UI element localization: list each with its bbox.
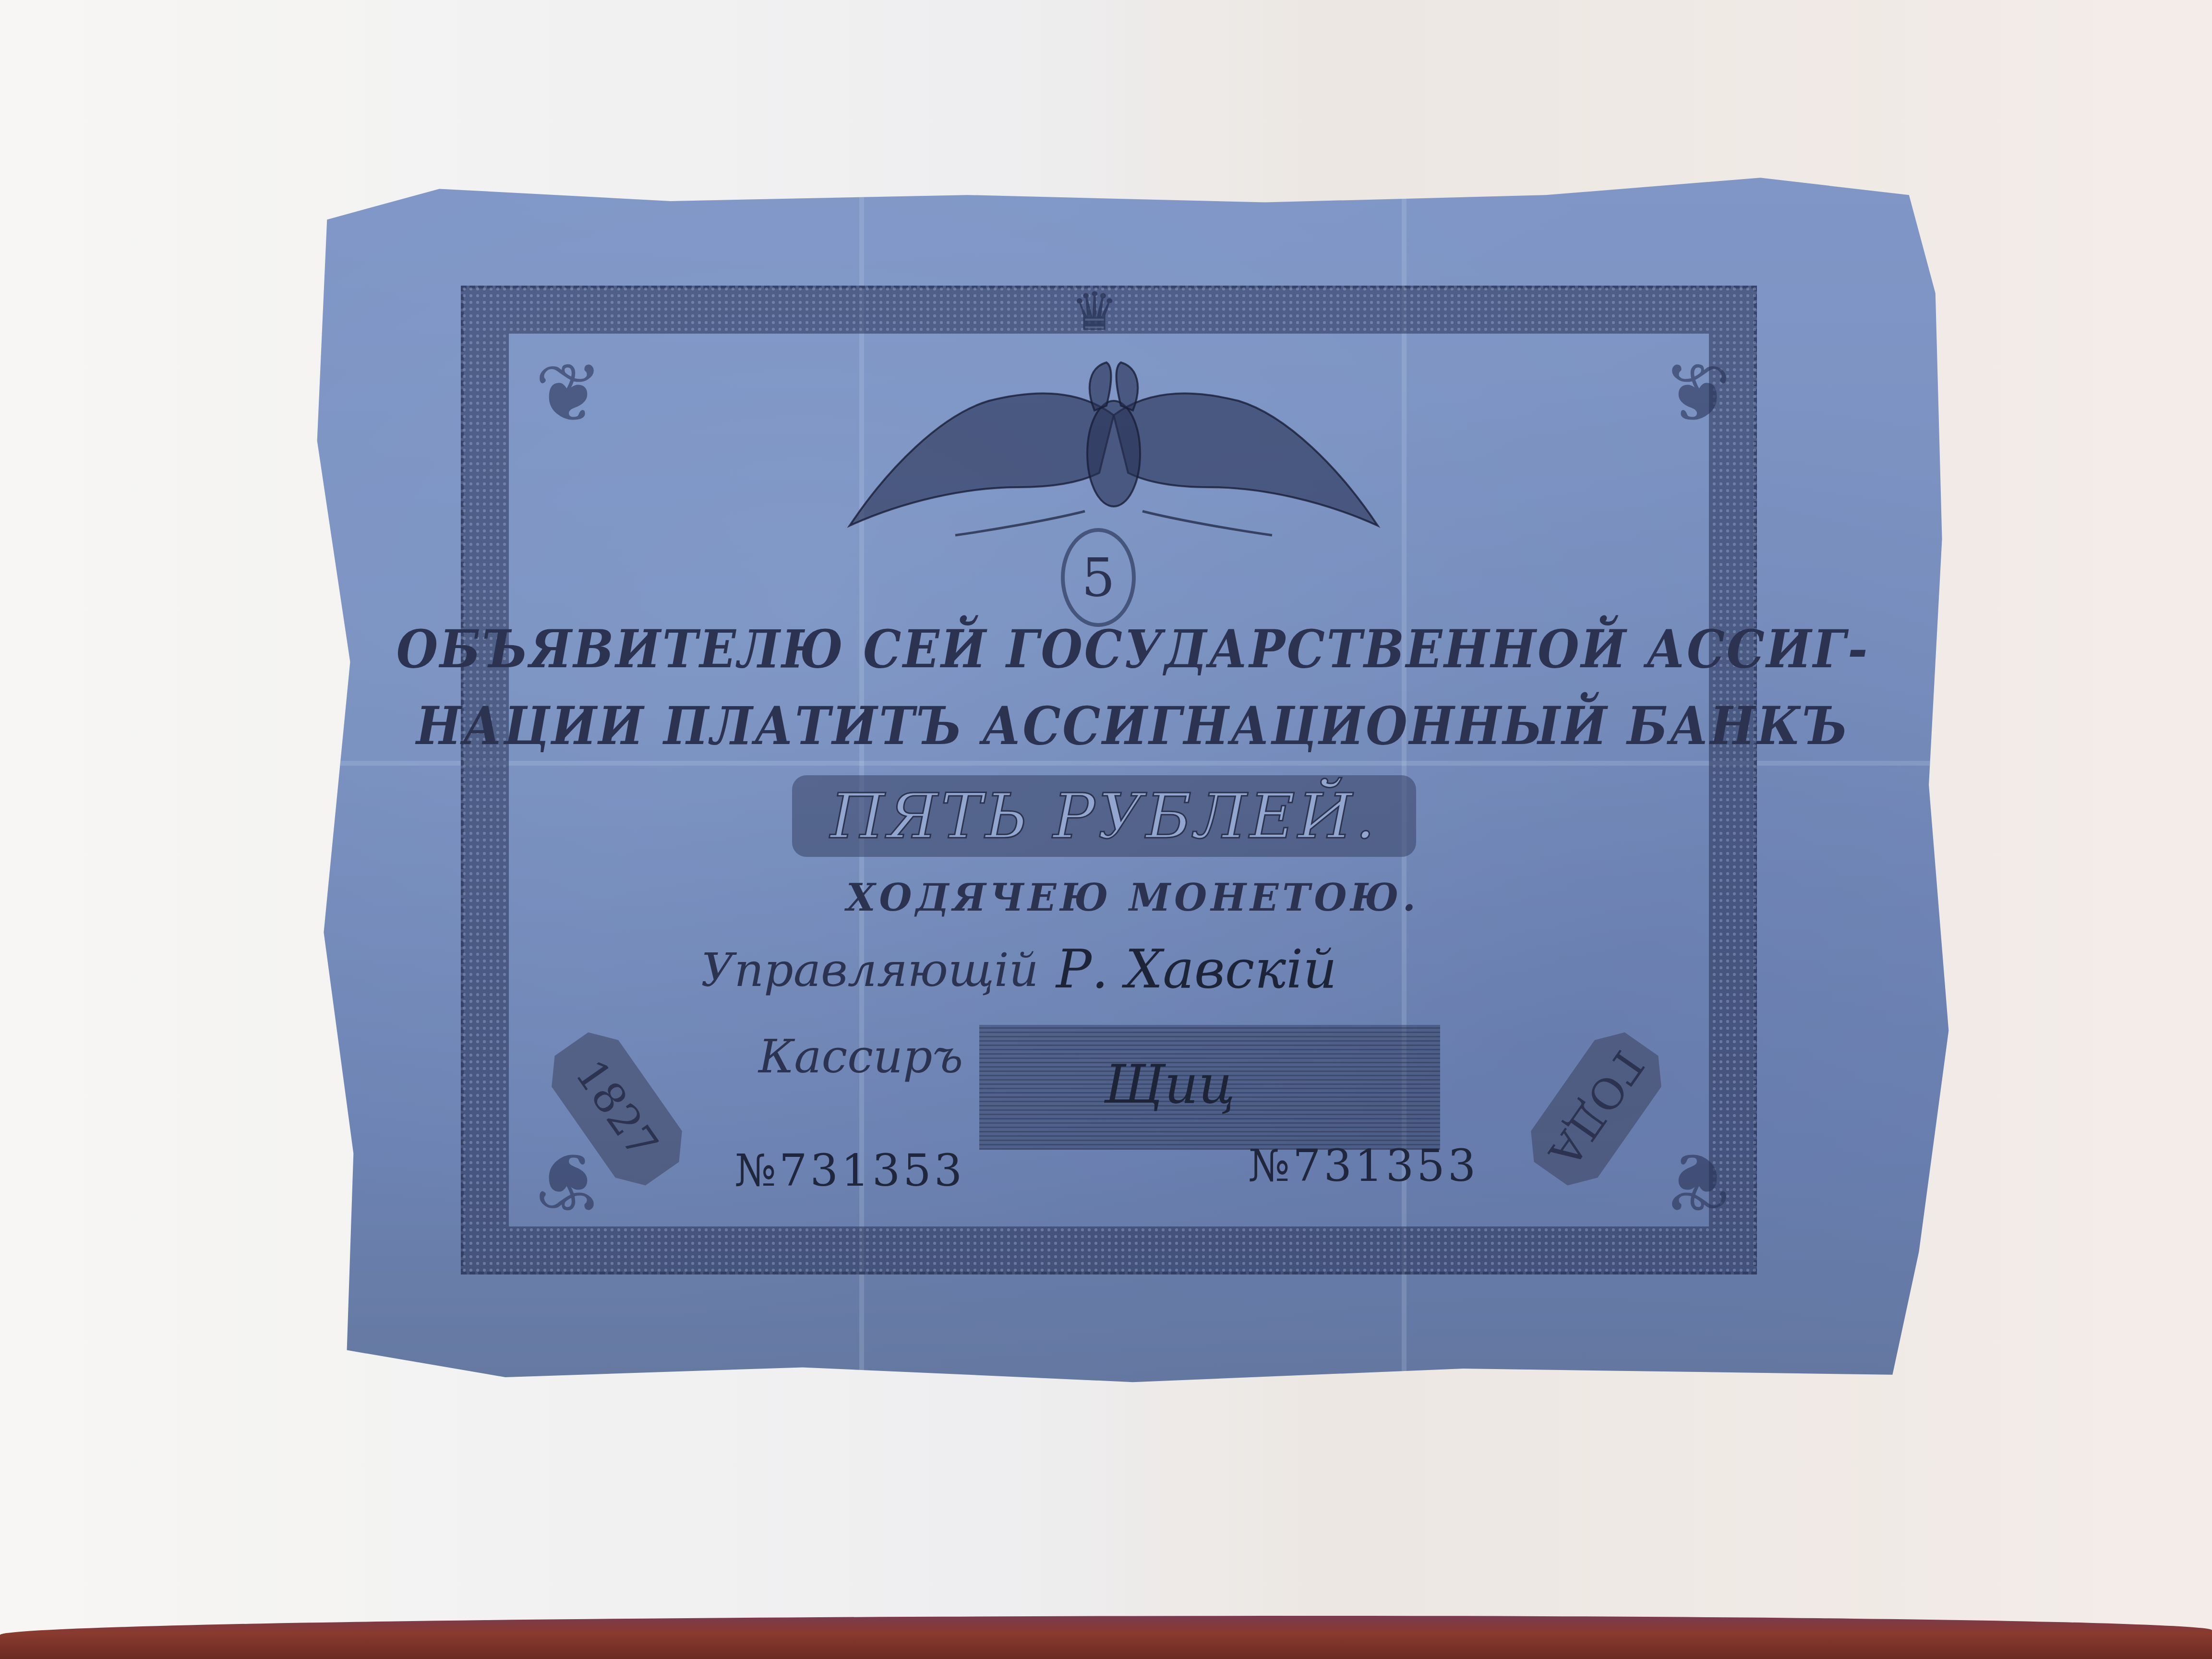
table-edge xyxy=(0,1616,2212,1659)
denomination-numeral: 5 xyxy=(1082,547,1115,608)
serial-number-left: №731353 xyxy=(734,1145,965,1196)
corner-ornament-top-left-icon: ❦ xyxy=(518,343,619,444)
inscription-line-1: ОБЪЯВИТЕЛЮ СЕЙ ГОСУДАРСТВЕННОЙ АССИГ- xyxy=(373,619,1893,680)
manager-label: Управляющій xyxy=(701,943,1039,997)
manager-signature: Р. Хавскій xyxy=(1056,938,1337,1000)
currency-line: ХОДЯЧЕЮ МОНЕТОЮ. xyxy=(307,876,1959,920)
amount-text: ПЯТЬ РУБЛЕЙ. xyxy=(830,780,1378,853)
corner-ornament-top-right-icon: ❦ xyxy=(1647,343,1747,444)
corner-ornament-bottom-right-icon: ❦ xyxy=(1647,1130,1747,1231)
amount-cartouche: ПЯТЬ РУБЛЕЙ. xyxy=(792,775,1416,857)
double-headed-eagle-icon xyxy=(845,358,1382,550)
denomination-medallion: 5 xyxy=(1061,528,1136,627)
cashier-signature: Щиц xyxy=(1104,1054,1235,1115)
imperial-crown-icon: ♛ xyxy=(1066,281,1123,353)
banknote: ❦ ❦ ❦ ❦ ♛ 5 ОБЪЯВИТЕЛЮ СЕЙ ГОСУДАРСТВЕНН… xyxy=(307,170,1959,1399)
serial-number-right: №731353 xyxy=(1248,1140,1479,1191)
inscription-line-2: НАЦИИ ПЛАТИТЪ АССИГНАЦИОННЫЙ БАНКЪ xyxy=(373,696,1893,757)
cashier-label: Кассиръ xyxy=(758,1030,963,1083)
